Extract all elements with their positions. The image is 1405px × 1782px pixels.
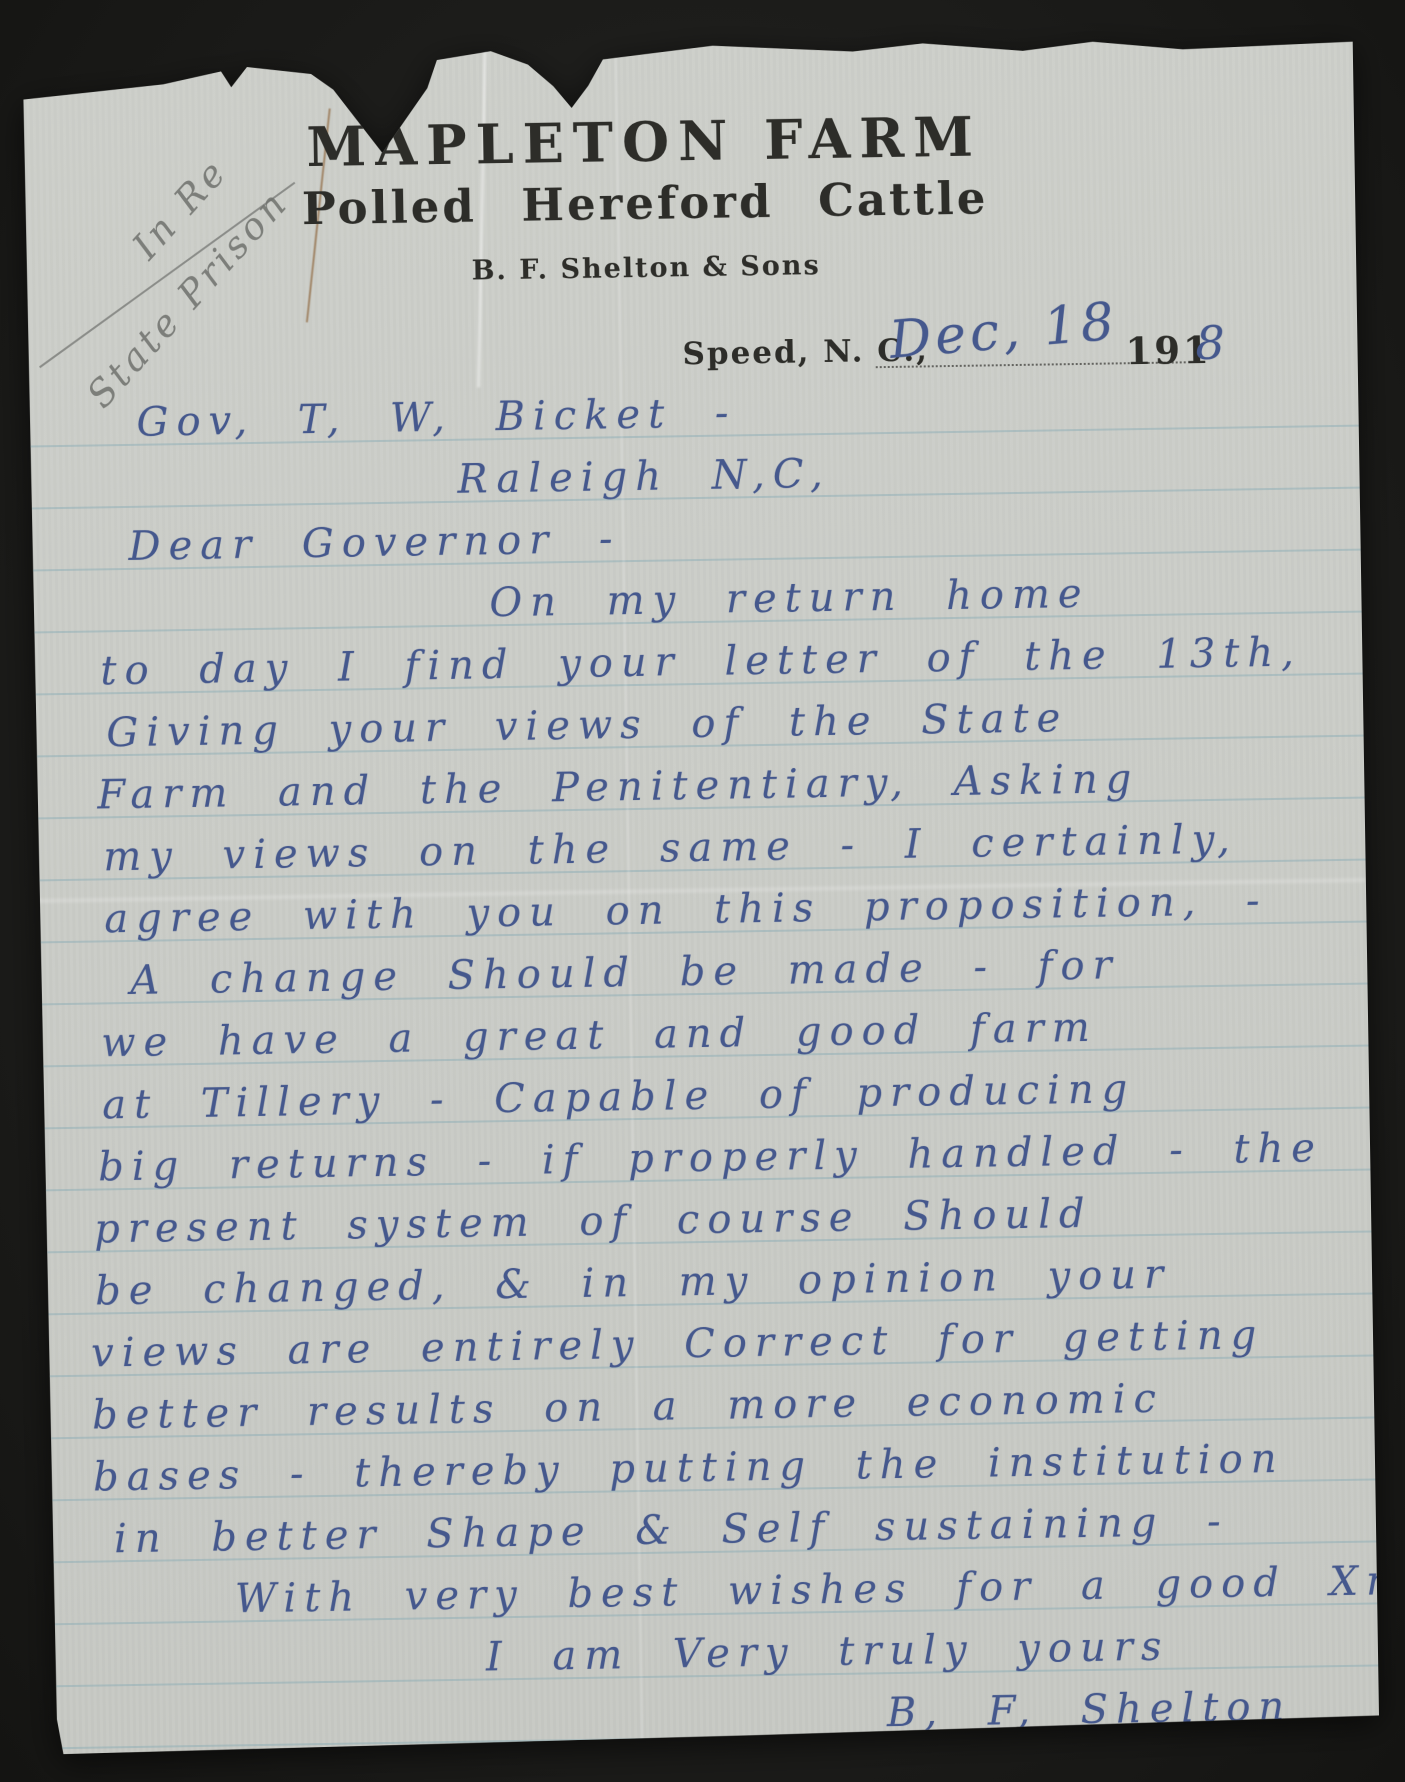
handwritten-year-digit: 8 [1195, 316, 1225, 370]
letterhead: MAPLETON FARM Polled Hereford Cattle B. … [24, 105, 1266, 291]
letter-body: Gov, T, W, Bicket -Raleigh N,C,Dear Gove… [66, 373, 1347, 1757]
dateline: Speed, N. C., Dec, 18 191 8 [23, 34, 1353, 55]
letter-paper: In Re State Prison MAPLETON FARM Polled … [23, 34, 1380, 1755]
letterhead-proprietor: B. F. Shelton & Sons [26, 245, 1266, 291]
letter-paper-wrapper: In Re State Prison MAPLETON FARM Polled … [23, 34, 1380, 1755]
letterhead-tagline: Polled Hereford Cattle [25, 171, 1266, 236]
photo-background: In Re State Prison MAPLETON FARM Polled … [0, 0, 1405, 1782]
